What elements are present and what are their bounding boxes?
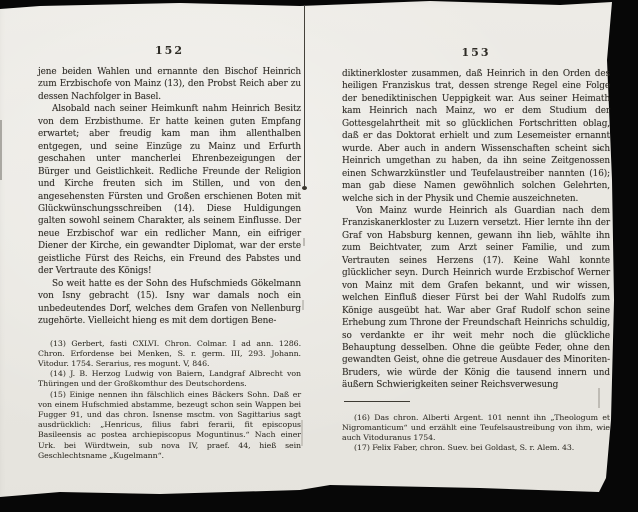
scan-artifact <box>0 120 2 180</box>
page-number: 153 <box>342 46 610 59</box>
footnote: (13) Gerbert, fasti CXLVI. Chron. Colmar… <box>38 339 301 370</box>
book-page-right: 153 diktinerkloster zusammen, daß Heinri… <box>342 46 610 454</box>
scan-artifact <box>303 238 305 246</box>
footnote: (15) Einige nennen ihn fälschlich eines … <box>38 390 301 461</box>
footnote: (17) Felix Faber, chron. Suev. bei Golda… <box>342 443 610 453</box>
footnotes-block: (13) Gerbert, fasti CXLVI. Chron. Colmar… <box>38 339 301 461</box>
scan-artifact <box>301 420 303 446</box>
gutter-stitch-line <box>304 5 305 187</box>
body-paragraph: Alsobald nach seiner Heimkunft nahm Hein… <box>38 103 301 277</box>
page-body-text: jene beiden Wahlen und ernannte den Bisc… <box>38 66 301 328</box>
page-number: 152 <box>38 44 301 57</box>
body-paragraph: Von Mainz wurde Heinrich als Guardian na… <box>342 205 610 392</box>
footnotes-block: (16) Das chron. Alberti Argent. 101 nenn… <box>342 413 610 454</box>
footnote: (14) J. B. Herzog Ludwig von Baiern, Lan… <box>38 369 301 389</box>
book-page-left: 152 jene beiden Wahlen und ernannte den … <box>38 44 301 461</box>
body-paragraph: So weit hatte es der Sohn des Hufschmied… <box>38 278 301 328</box>
body-paragraph: jene beiden Wahlen und ernannte den Bisc… <box>38 66 301 103</box>
footnote-separator-rule <box>344 401 410 402</box>
page-body-text: diktinerkloster zusammen, daß Heinrich i… <box>342 68 610 392</box>
body-paragraph: diktinerkloster zusammen, daß Heinrich i… <box>342 68 610 205</box>
scan-artifact <box>302 300 304 310</box>
footnote: (16) Das chron. Alberti Argent. 101 nenn… <box>342 413 610 444</box>
